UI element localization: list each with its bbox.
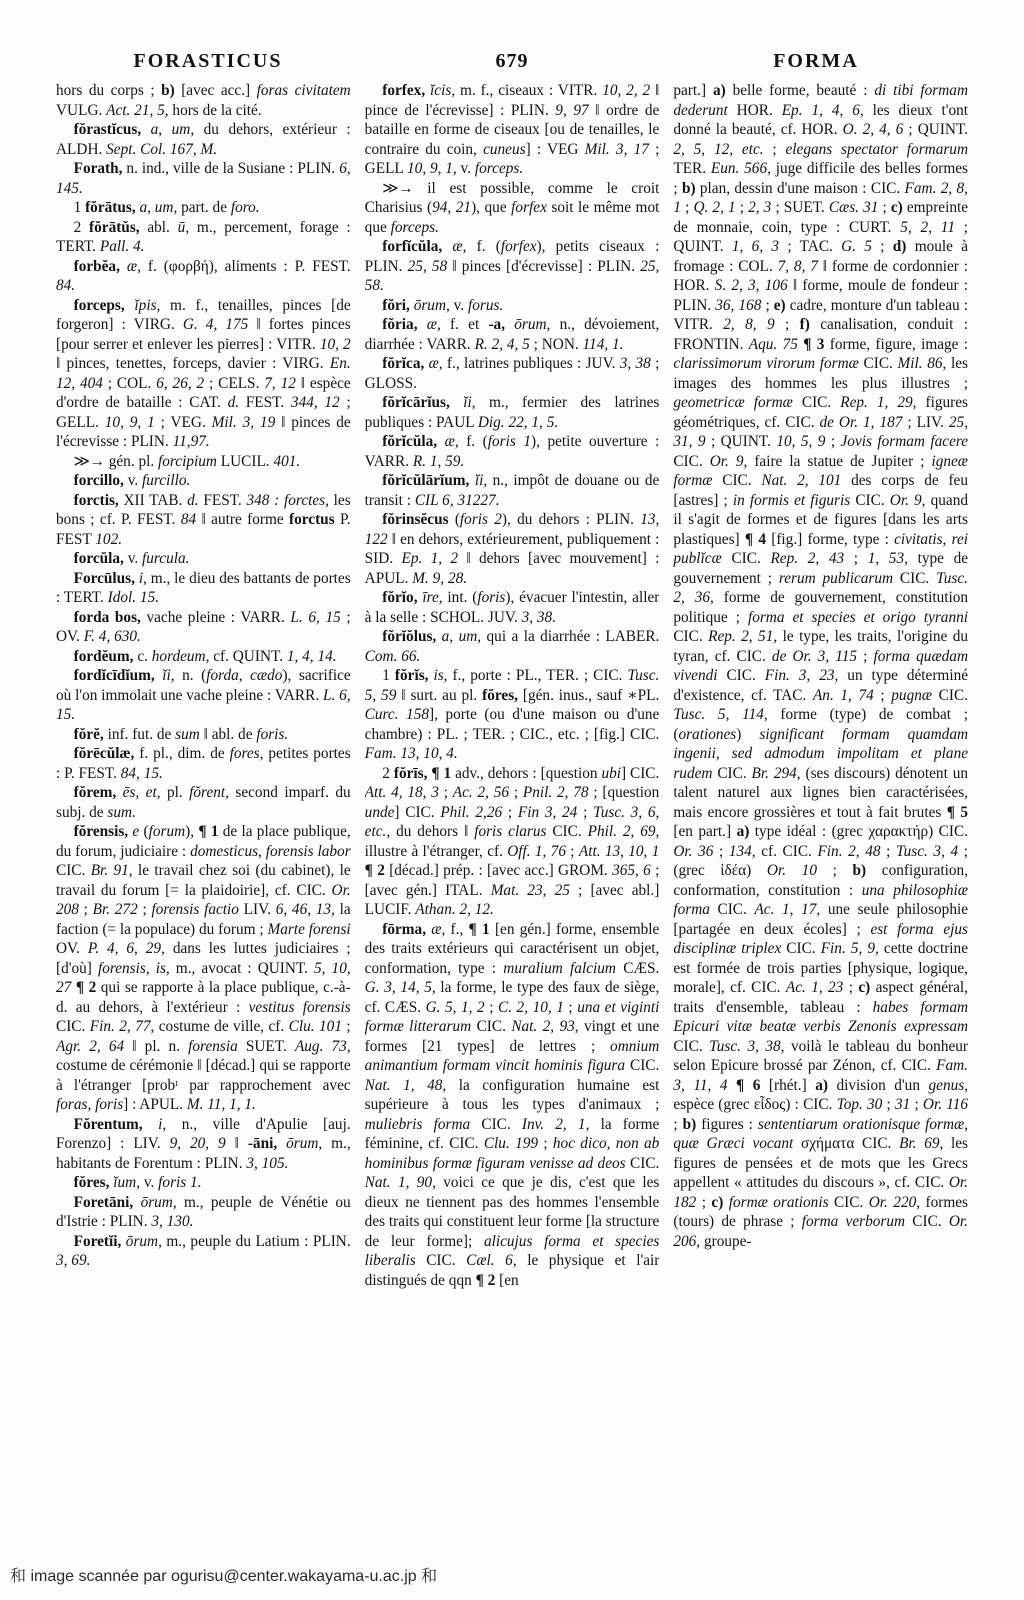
dictionary-paragraph: Foretāni, ōrum, m., peuple de Vénétie ou… <box>56 1193 351 1232</box>
dictionary-paragraph: part.] a) belle forme, beauté : di tibi … <box>673 81 968 1251</box>
text-column-1: hors du corps ; b) [avec acc.] foras civ… <box>56 81 351 1533</box>
dictionary-paragraph: fŏrinsĕcus (foris 2), du dehors : PLIN. … <box>365 510 660 588</box>
dictionary-paragraph: forda bos, vache pleine : VARR. L. 6, 15… <box>56 608 351 647</box>
dictionary-paragraph: fŏrēcŭlæ, f. pl., dim. de fores, petites… <box>56 744 351 783</box>
dictionary-paragraph: fŏrĭŏlus, a, um, qui a la diarrhée : LAB… <box>365 627 660 666</box>
page-number: 679 <box>496 50 529 72</box>
dictionary-paragraph: 2 fŏrātŭs, abl. ū, m., percement, forage… <box>56 218 351 257</box>
dictionary-paragraph: forcillo, v. furcillo. <box>56 471 351 491</box>
text-column-2: forfex, ĭcis, m. f., ciseaux : VITR. 10,… <box>365 81 660 1533</box>
dictionary-paragraph: fordĭcīdĭum, ĭi, n. (forda, cædo), sacri… <box>56 666 351 725</box>
dictionary-page: { "header": { "left_title": "FORASTICUS"… <box>0 0 1024 1600</box>
running-head-left: FORASTICUS <box>134 50 283 72</box>
dictionary-paragraph: fŏrem, ēs, et, pl. fŏrent, second imparf… <box>56 783 351 822</box>
dictionary-paragraph: ≫→ gén. pl. forcipium LUCIL. 401. <box>56 452 351 472</box>
dictionary-paragraph: forctis, XII TAB. d. FEST. 348 : forctes… <box>56 491 351 550</box>
dictionary-paragraph: fŏri, ōrum, v. forus. <box>365 296 660 316</box>
text-column-3: part.] a) belle forme, beauté : di tibi … <box>673 81 968 1533</box>
text-columns: hors du corps ; b) [avec acc.] foras civ… <box>0 81 1024 1533</box>
dictionary-paragraph: forbĕa, æ, f. (φορβή), aliments : P. FES… <box>56 257 351 296</box>
dictionary-paragraph: fŏrensis, e (forum), ¶ 1 de la place pub… <box>56 822 351 1115</box>
dictionary-paragraph: forcŭla, v. furcula. <box>56 549 351 569</box>
dictionary-paragraph: Forcūlus, i, m., le dieu des battants de… <box>56 569 351 608</box>
dictionary-paragraph: fŏrastĭcus, a, um, du dehors, extérieur … <box>56 120 351 159</box>
running-head-right: FORMA <box>773 50 859 72</box>
dictionary-paragraph: ≫→ il est possible, comme le croit Chari… <box>365 179 660 238</box>
dictionary-paragraph: fŏres, ĭum, v. foris 1. <box>56 1173 351 1193</box>
dictionary-paragraph: Foretĭi, ōrum, m., peuple du Latium : PL… <box>56 1232 351 1271</box>
dictionary-paragraph: fŏrĕ, inf. fut. de sum ‖ abl. de foris. <box>56 725 351 745</box>
page-header: FORASTICUS 679 FORMA <box>56 50 968 73</box>
dictionary-paragraph: Forath, n. ind., ville de la Susiane : P… <box>56 159 351 198</box>
dictionary-paragraph: forfex, ĭcis, m. f., ciseaux : VITR. 10,… <box>365 81 660 179</box>
dictionary-paragraph: fŏria, æ, f. et -a, ōrum, n., dévoiement… <box>365 315 660 354</box>
dictionary-paragraph: forceps, ĭpis, m. f., tenailles, pinces … <box>56 296 351 452</box>
dictionary-paragraph: fŏrĭo, īre, int. (foris), évacuer l'inte… <box>365 588 660 627</box>
dictionary-paragraph: fŏrĭcŭlārĭum, ĭi, n., impôt de douane ou… <box>365 471 660 510</box>
dictionary-paragraph: fōrma, æ, f., ¶ 1 [en gén.] forme, ensem… <box>365 920 660 1291</box>
dictionary-paragraph: 1 fŏrĭs, is, f., porte : PL., TER. ; CIC… <box>365 666 660 764</box>
dictionary-paragraph: fordĕum, c. hordeum, cf. QUINT. 1, 4, 14… <box>56 647 351 667</box>
dictionary-paragraph: fŏrĭca, æ, f., latrines publiques : JUV.… <box>365 354 660 393</box>
dictionary-paragraph: hors du corps ; b) [avec acc.] foras civ… <box>56 81 351 120</box>
dictionary-paragraph: 1 fŏrātus, a, um, part. de foro. <box>56 198 351 218</box>
dictionary-paragraph: 2 fŏrīs, ¶ 1 adv., dehors : [question ub… <box>365 764 660 920</box>
scan-credit: 和 image scannée par ogurisu@center.wakay… <box>10 1563 437 1586</box>
dictionary-paragraph: fŏrĭcārĭus, ĭi, m., fermier des latrines… <box>365 393 660 432</box>
dictionary-paragraph: forfĭcŭla, æ, f. (forfex), petits ciseau… <box>365 237 660 296</box>
dictionary-paragraph: Fŏrentum, i, n., ville d'Apulie [auj. Fo… <box>56 1115 351 1174</box>
dictionary-paragraph: fŏrĭcŭla, æ, f. (foris 1), petite ouvert… <box>365 432 660 471</box>
